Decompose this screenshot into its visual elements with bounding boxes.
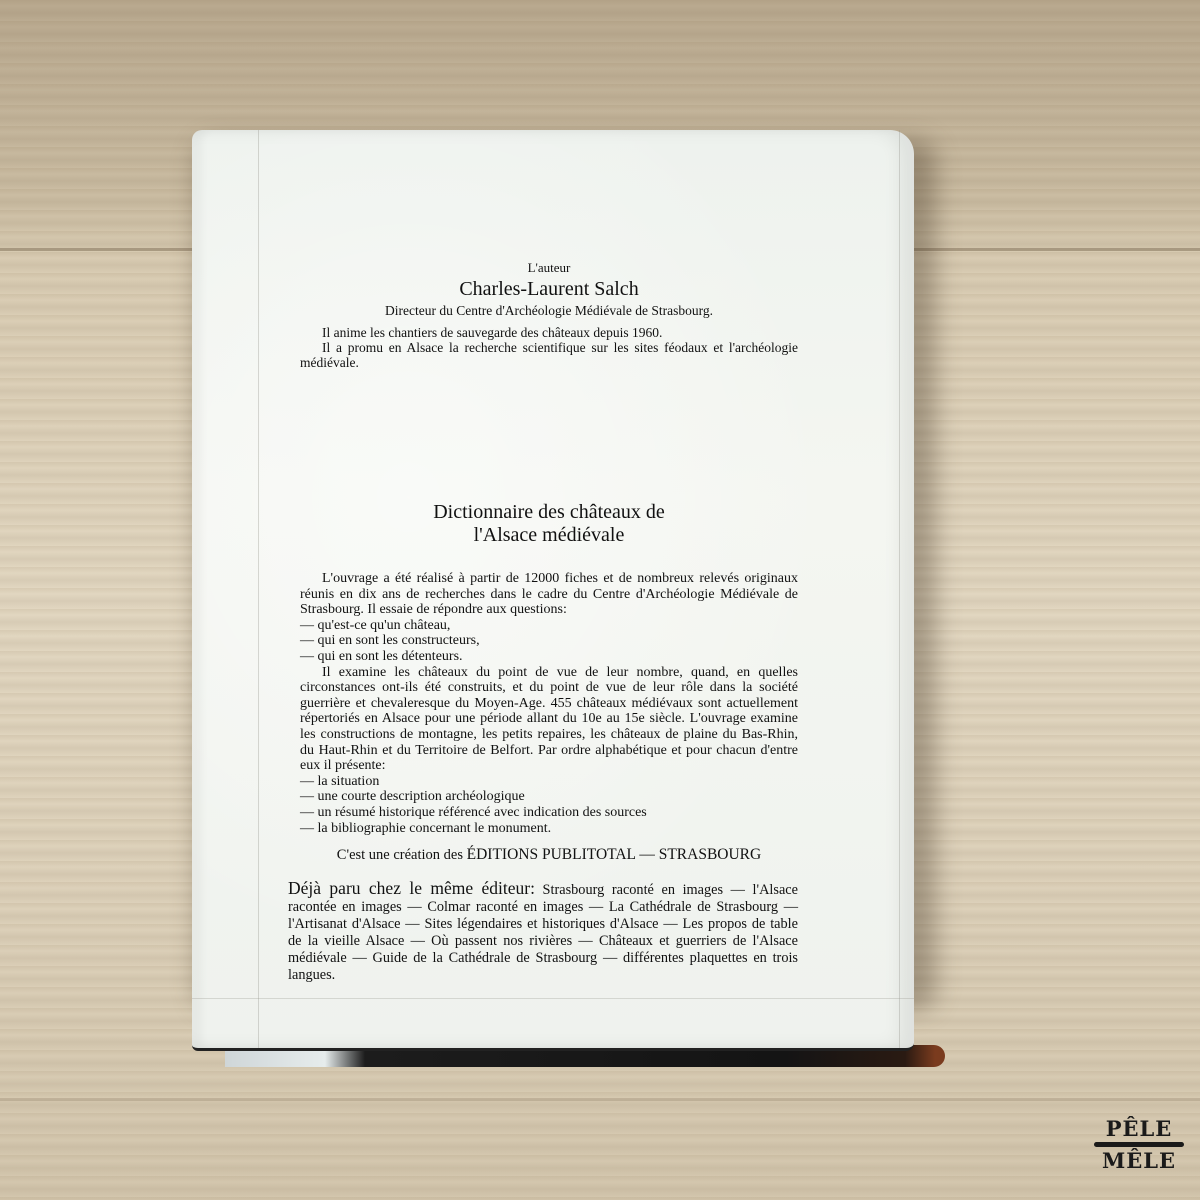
author-name: Charles-Laurent Salch — [300, 278, 798, 301]
book-description: L'ouvrage a été réalisé à partir de 1200… — [300, 571, 798, 836]
author-label: L'auteur — [300, 260, 798, 276]
logo-divider — [1094, 1142, 1184, 1147]
publisher-credit: C'est une création des ÉDITIONS PUBLITOT… — [294, 846, 804, 864]
description-paragraph: Il examine les châteaux du point de vue … — [300, 665, 798, 774]
description-paragraph: L'ouvrage a été réalisé à partir de 1200… — [300, 571, 798, 618]
credit-prefix: C'est une création des — [337, 847, 467, 863]
table-plank-seam — [0, 1098, 1200, 1101]
logo-line: PÊLE — [1094, 1118, 1184, 1140]
book-title: Dictionnaire des châteaux de l'Alsace mé… — [300, 501, 798, 547]
author-bio-line: Il a promu en Alsace la recherche scient… — [300, 340, 798, 370]
pele-mele-watermark-logo: PÊLE MÊLE — [1094, 1118, 1184, 1172]
logo-line: MÊLE — [1094, 1150, 1184, 1172]
book-title-line: l'Alsace médiévale — [300, 524, 798, 547]
author-role: Directeur du Centre d'Archéologie Médiév… — [300, 303, 798, 319]
also-published-lead: Déjà paru chez le même éditeur: — [288, 878, 535, 898]
author-bio-line: Il anime les chantiers de sauvegarde des… — [300, 325, 798, 340]
content-item: — la bibliographie concernant le monumen… — [300, 821, 798, 837]
publisher-name: ÉDITIONS PUBLITOTAL — STRASBOURG — [467, 846, 762, 863]
book-title-line: Dictionnaire des châteaux de — [300, 501, 798, 524]
content-item: — la situation — [300, 774, 798, 790]
author-bio: Il anime les chantiers de sauvegarde des… — [300, 325, 798, 370]
content-item: — une courte description archéologique — [300, 789, 798, 805]
content-item: — un résumé historique référencé avec in… — [300, 805, 798, 821]
book-back-cover: L'auteur Charles-Laurent Salch Directeur… — [192, 130, 914, 1051]
question-item: — qu'est-ce qu'un château, — [300, 618, 798, 634]
question-item: — qui en sont les constructeurs, — [300, 633, 798, 649]
cover-fold-line — [192, 998, 914, 999]
question-item: — qui en sont les détenteurs. — [300, 649, 798, 665]
also-published: Déjà paru chez le même éditeur: Strasbou… — [288, 880, 798, 984]
